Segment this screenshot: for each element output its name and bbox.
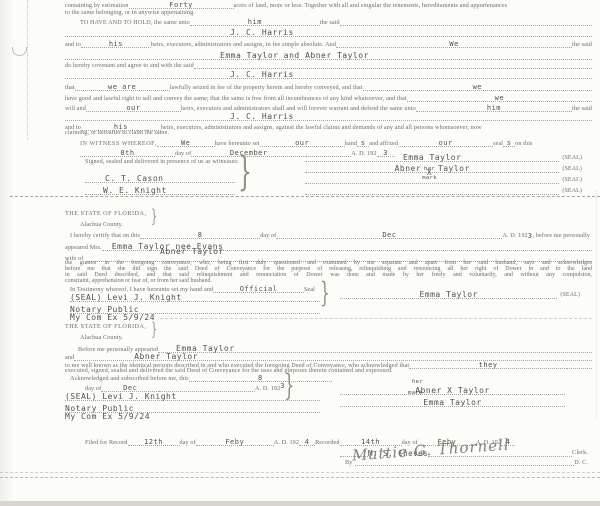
fill-line: Feby [196, 438, 274, 446]
fill-line: Dec [276, 231, 502, 239]
fee-simple-line: and to his heirs, executors, administrat… [65, 40, 592, 48]
typed-entry-we: we [473, 84, 482, 91]
fill-line: 12th [128, 438, 180, 446]
seal-label: (SEAL) [559, 177, 582, 184]
witness-caption: Signed, sealed and delivered in presence… [85, 158, 239, 165]
signature-row-blank-1: (SEAL) [305, 177, 582, 184]
form-text: Seal [304, 286, 315, 293]
typed-entry-we-are: we are [108, 84, 136, 91]
claims-line-2: claiming, or hereafter to claim the same… [65, 129, 169, 136]
form-text: to the same belonging, or in anywise app… [65, 9, 195, 16]
fill-line: 8 [189, 374, 332, 382]
grantors-name-line: Emma Taylor and Abner Taylor [65, 51, 592, 60]
fill-line: Emma Taylor and Abner Taylor [65, 51, 592, 60]
typed-entry-month: Dec [382, 232, 396, 239]
fill-line: our [398, 139, 493, 147]
ack-signature-emma: Emma Taylor [340, 398, 565, 407]
form-text: In Testimony whereof, I have hereunto se… [70, 286, 213, 293]
typed-filed-year: 4 [305, 439, 310, 446]
fill-line: Emma Taylor [340, 398, 565, 407]
dotted-leader [305, 193, 559, 195]
fill-line: Abner Taylor [74, 352, 592, 361]
fill-line: him [190, 18, 320, 26]
fill-line: Dec [101, 384, 159, 392]
witness-name-row-1: C. T. Cason [85, 174, 235, 183]
typed-commission: My Com Ex 5/9/24 [65, 413, 150, 421]
fill-line: we are [75, 83, 170, 91]
fill-line: our [260, 139, 345, 147]
typed-entry-they: they [479, 362, 498, 369]
dotted-leader [567, 367, 592, 369]
clerk-label: Clerk. [572, 449, 588, 456]
typed-filed-day: 12th [144, 439, 163, 446]
typed-entry-official: Official [240, 286, 278, 293]
fill-line: s [357, 139, 369, 147]
form-text: heirs, executors and administrators shal… [181, 105, 416, 112]
page-bottom-edge [0, 501, 600, 506]
typed-entry-we: We [181, 140, 190, 147]
certify-line: I hereby certify that on this 8 day of D… [70, 231, 590, 239]
form-text: TO HAVE AND TO HOLD, the same unto [80, 19, 190, 26]
typed-entry-s: s [507, 140, 512, 147]
witness-brace: } [238, 152, 252, 192]
dower-signature-row: Emma Taylor (SEAL) [340, 290, 580, 299]
typed-signature-emma: Emma Taylor [423, 399, 481, 407]
filed-for-record-line: Filed for Record 12th day of Feby A. D. … [85, 438, 590, 446]
abner-first-name: Abner [395, 165, 422, 173]
typed-mark: mark [408, 391, 423, 397]
and-line: and Abner Taylor [65, 352, 592, 361]
form-text: , before me personally [532, 232, 590, 239]
fill-line: s [503, 139, 515, 147]
form-text: day of [85, 385, 101, 392]
form-text: Recorded [315, 439, 340, 446]
testimony-brace: } [320, 279, 330, 307]
covenant-line: do hereby covenant and agree to and with… [65, 62, 592, 69]
ack-mark-label: mark [408, 390, 423, 396]
bottom-dashed-line-2 [0, 477, 600, 478]
fill-line: We [157, 139, 215, 147]
typed-witness-2: W. E. Knight [103, 187, 167, 195]
typed-entry-him: him [248, 19, 262, 26]
form-text: Signed, sealed and delivered in presence… [85, 158, 239, 165]
form-text: A. D. 192 [274, 439, 299, 446]
form-text: THE STATE OF FLORIDA, [65, 210, 147, 217]
typed-commission: My Com Ex 5/9/24 [70, 314, 155, 322]
form-text: heirs, executors, administrators and ass… [151, 41, 336, 48]
typed-entry-day: 8 [198, 232, 203, 239]
fill-line: We [336, 40, 572, 48]
typed-entry-grantee: J. C. Harris [230, 113, 294, 121]
typed-entry-our: our [439, 140, 453, 147]
fill-line: J. C. Harris [65, 28, 592, 37]
margin-dotted-line [27, 0, 28, 140]
typed-her: her [412, 380, 423, 386]
typed-entry-abner: Abner Taylor [134, 353, 198, 361]
bottom-dashed-line-1 [0, 472, 600, 473]
form-text: Alachua County. [80, 221, 123, 228]
typed-signature-abner: Abner her X mark Taylor [395, 165, 470, 173]
typed-entry-s: s [361, 140, 366, 147]
form-text: seal [493, 140, 503, 147]
form-text: lawfully seized in fee of the property h… [170, 84, 363, 91]
page-left-edge [0, 0, 14, 506]
form-text: have hereunto set [215, 140, 260, 147]
form-text: hand [345, 140, 357, 147]
appeared-line: appeared Mrs. Emma Taylor nee Evans [65, 242, 592, 251]
abner-last-name: Taylor [438, 165, 470, 173]
typed-entry-our: our [126, 105, 140, 112]
fill-line: (SEAL) Levi J. Knight [65, 392, 320, 401]
estimation-line: containing by estimation Forty acres of … [65, 1, 592, 9]
form-text: on this [515, 140, 532, 147]
fill-line: 8 [140, 231, 260, 239]
form-text: the said [572, 41, 592, 48]
form-text: IN WITNESS WHEREOF, [80, 140, 157, 147]
section-divider [10, 196, 600, 197]
typed-signature-emma: Emma Taylor [403, 154, 461, 162]
typed-signature-emma: Emma Taylor [419, 291, 477, 299]
fill-line: W. E. Knight [85, 186, 235, 195]
form-text: A. D. 192 [502, 232, 527, 239]
faint-rule [160, 318, 592, 319]
state-heading-2: THE STATE OF FLORIDA, [65, 323, 147, 330]
typed-entry-year: 3 [528, 233, 533, 240]
county-line-2: Alachua County. [80, 334, 123, 341]
form-text: the said [572, 105, 592, 112]
witness-name-row-2: W. E. Knight [85, 186, 235, 195]
typed-notary-name: (SEAL) Levi J. Knight [65, 393, 177, 401]
form-text: THE STATE OF FLORIDA, [65, 323, 147, 330]
seal-label: (SEAL) [557, 292, 580, 299]
form-text: A. D. 192 [255, 385, 280, 392]
habendum-line: TO HAVE AND TO HOLD, the same unto him t… [80, 18, 592, 26]
fill-line: Official [213, 285, 304, 293]
mark-stack: her X mark [422, 167, 437, 173]
form-text: Filed for Record [85, 439, 128, 446]
seal-label: (SEAL) [559, 155, 582, 162]
form-text: claiming, or hereafter to claim the same… [65, 129, 169, 136]
typed-entry-month: Dec [123, 385, 137, 392]
typed-entry-grantee: J. C. Harris [230, 71, 294, 79]
state-brace-1: } [151, 208, 157, 226]
grantee-name-line-1: J. C. Harris [65, 28, 592, 37]
fill-line: Emma Taylor [340, 290, 557, 299]
signature-row-emma: Emma Taylor (SEAL) [305, 153, 582, 162]
form-text: Acknowledged and subscribed before me, t… [70, 375, 189, 382]
warrant-line: will and our heirs, executors and admini… [65, 104, 592, 112]
typed-filed-month: Feby [225, 439, 244, 446]
fill-line: J. C. Harris [65, 70, 592, 79]
form-text: acres of land, more or less. Together wi… [234, 2, 508, 9]
dc-label: D. C. [574, 459, 588, 466]
form-text: appeared Mrs. [65, 244, 102, 251]
signature-row-abner: Abner her X mark Taylor (SEAL) [305, 164, 582, 173]
form-text: that [65, 84, 75, 91]
fill-line: J. C. Harris [65, 112, 592, 121]
ack-date-line: day of Dec A. D. 192 3 [85, 384, 285, 392]
typed-entry-we: We [449, 41, 458, 48]
signature-row-blank-2: (SEAL) [305, 188, 582, 195]
estimation-line-2: to the same belonging, or in anywise app… [65, 9, 195, 16]
husband-name-above: Abner Taylor [160, 247, 224, 255]
form-text: and to [65, 41, 81, 48]
dotted-leader [305, 182, 559, 184]
fill-line: our [86, 104, 181, 112]
typed-entry-his: his [109, 41, 123, 48]
ack-signature-abner: Abner X Taylor [340, 386, 565, 395]
fill-line: him [416, 104, 572, 112]
fill-line: Abner her X mark Taylor [305, 164, 559, 173]
fill-line: Emma Taylor [305, 153, 559, 162]
form-text: the said [320, 19, 340, 26]
typed-entry-grantors: Emma Taylor and Abner Taylor [220, 52, 369, 60]
typed-notary-name: (SEAL) Levi J. Knight [70, 294, 182, 302]
fill-line: his [81, 40, 151, 48]
form-text: day of [175, 150, 191, 157]
form-text: day of [180, 439, 196, 446]
typed-witness-1: C. T. Cason [105, 175, 163, 183]
witness-whereof-line: IN WITNESS WHEREOF, We have hereunto set… [80, 139, 588, 147]
margin-pencil-mark [12, 47, 27, 56]
fill-line: 4 [299, 438, 315, 446]
dotted-leader [194, 67, 592, 69]
by-label: By [345, 459, 352, 466]
typed-entry-him: him [487, 105, 501, 112]
typed-entry-our: our [295, 140, 309, 147]
typed-entry-acreage: Forty [169, 2, 193, 9]
dotted-leader [340, 24, 592, 26]
typed-entry-day: 8 [258, 375, 263, 382]
commission-row-1: My Com Ex 5/9/24 [70, 313, 155, 321]
fill-line: 8th [80, 149, 175, 157]
form-text: heirs, executors, administrators and ass… [161, 124, 482, 131]
right-margin-dots [596, 190, 597, 420]
dotted-leader [355, 464, 574, 466]
fill-line: Forty [129, 1, 234, 9]
fill-line: we [407, 94, 592, 102]
form-text: containing by estimation [65, 2, 129, 9]
seal-label: (SEAL) [559, 166, 582, 173]
typed-signature-abner: Abner X Taylor [415, 387, 489, 395]
county-line-1: Alachua County. [80, 221, 123, 228]
fill-line: we [363, 83, 592, 91]
typed-entry-grantee: J. C. Harris [230, 29, 294, 37]
state-brace-2: } [151, 321, 157, 339]
fill-line: C. T. Cason [85, 174, 235, 183]
ack-her-label: her [412, 379, 423, 385]
state-heading-1: THE STATE OF FLORIDA, [65, 210, 147, 217]
form-text: do hereby covenant and agree to and with… [65, 62, 194, 69]
form-text: I hereby certify that on this [70, 232, 140, 239]
notary-signature-row-1: (SEAL) Levi J. Knight [70, 293, 320, 302]
form-text: will and [65, 105, 86, 112]
lawful-right-line: have good and lawful right to sell and c… [65, 94, 592, 102]
fill-line: Abner X Taylor [340, 386, 565, 395]
deed-record-page: containing by estimation Forty acres of … [0, 0, 600, 506]
typed-entry-day: 8th [120, 150, 134, 157]
form-text: have good and lawful right to sell and c… [65, 95, 407, 102]
grantee-name-line-2: J. C. Harris [65, 70, 592, 79]
grantee-name-line-3: J. C. Harris [65, 112, 592, 121]
form-text: Alachua County. [80, 334, 123, 341]
form-text: day of [260, 232, 276, 239]
seized-line: that we are lawfully seized in fee of th… [65, 83, 592, 91]
form-text: and [65, 354, 74, 361]
notary-signature-row-2: (SEAL) Levi J. Knight [65, 392, 320, 401]
fill-line: they [409, 361, 567, 369]
seal-label: (SEAL) [559, 188, 582, 195]
testimony-line: In Testimony whereof, I have hereunto se… [70, 285, 315, 293]
fill-line: (SEAL) Levi J. Knight [70, 293, 320, 302]
form-text: and affixed [369, 140, 398, 147]
commission-row-2: My Com Ex 5/9/24 [65, 412, 150, 420]
typed-entry-we: we [495, 95, 504, 102]
